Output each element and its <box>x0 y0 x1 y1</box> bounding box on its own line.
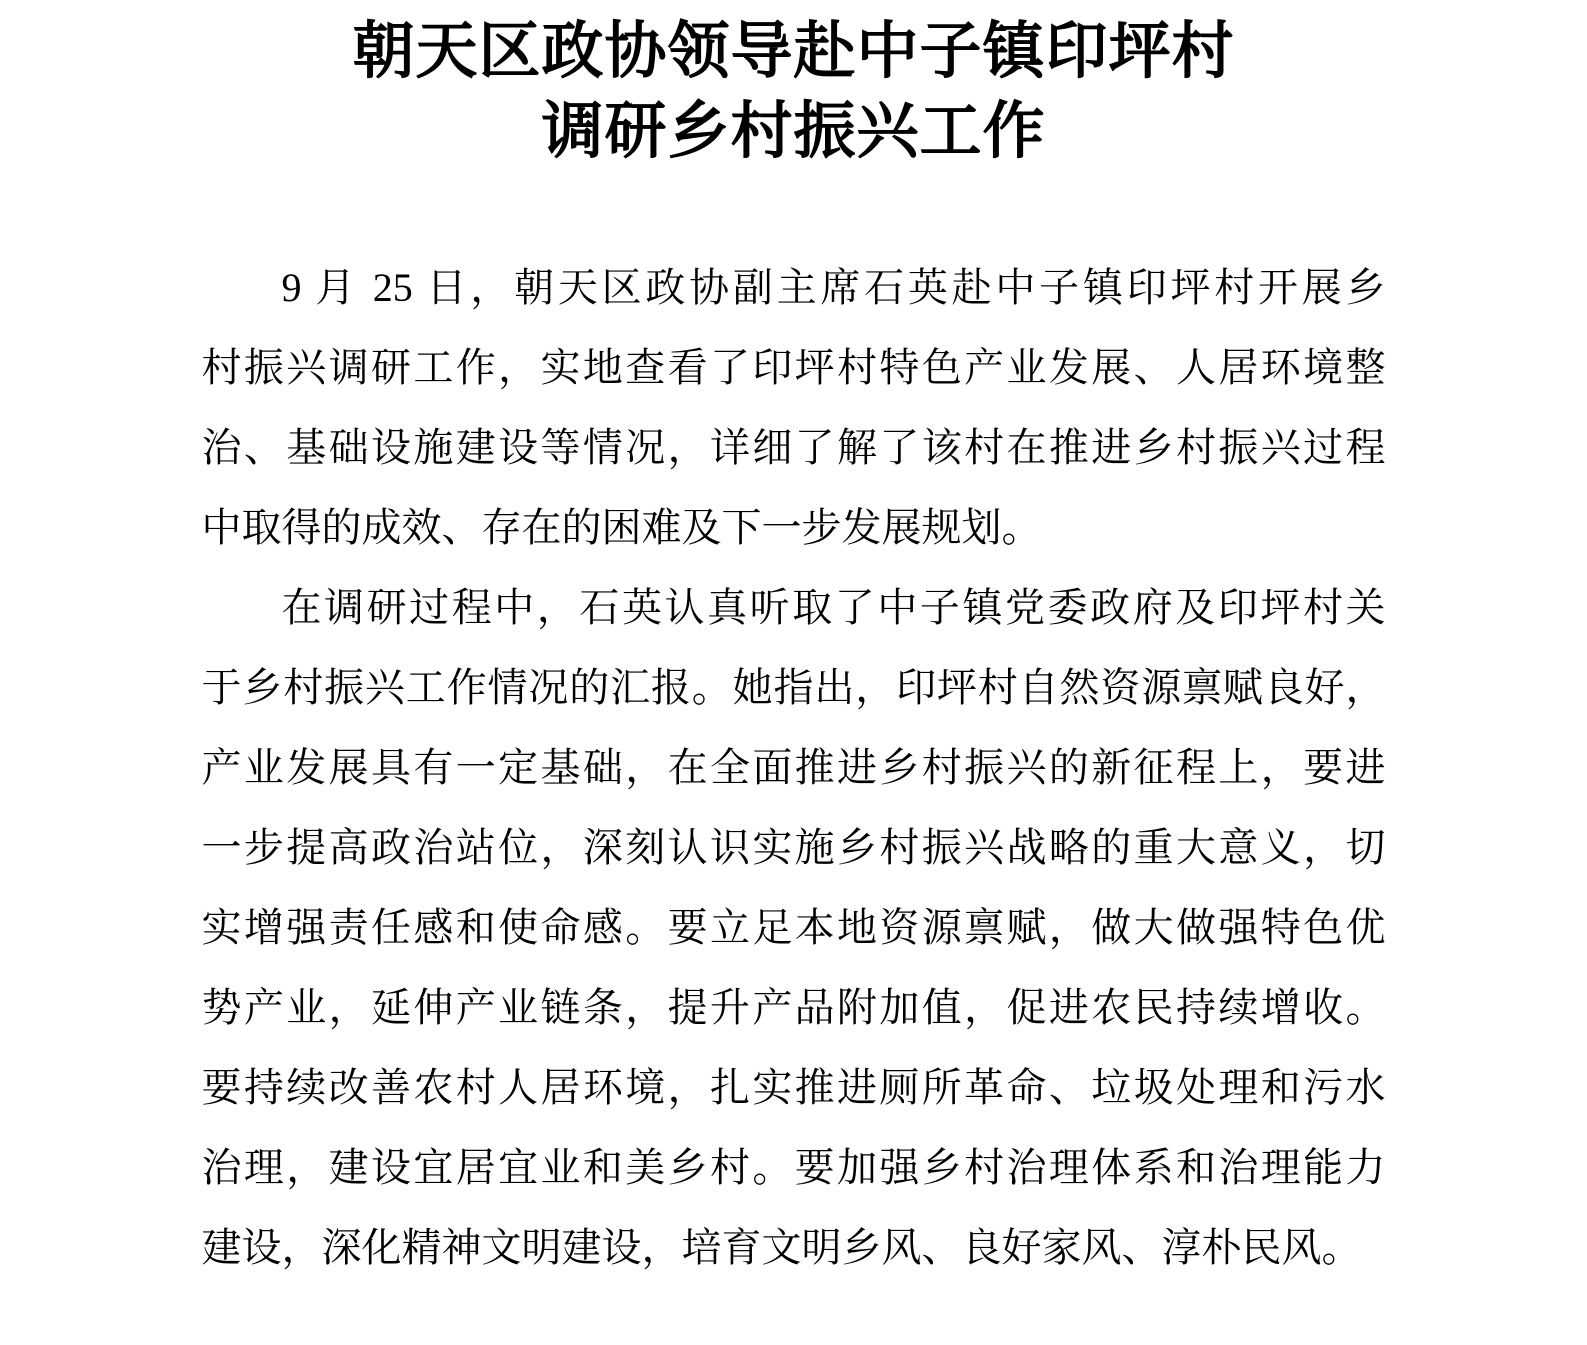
paragraph-2-line-3: 产业发展具有一定基础，在全面推进乡村振兴的新征程上，要进 <box>202 728 1386 808</box>
title-line-1: 朝天区政协领导赴中子镇印坪村 <box>202 12 1386 92</box>
paragraph-2-line-1: 在调研过程中，石英认真听取了中子镇党委政府及印坪村关 <box>202 568 1386 648</box>
document-page: 朝天区政协领导赴中子镇印坪村 调研乡村振兴工作 9 月 25 日，朝天区政协副主… <box>0 0 1587 1345</box>
paragraph-1-line-1: 9 月 25 日，朝天区政协副主席石英赴中子镇印坪村开展乡 <box>202 248 1386 328</box>
paragraph-2-line-6: 势产业，延伸产业链条，提升产品附加值，促进农民持续增收。 <box>202 968 1386 1048</box>
document-body: 9 月 25 日，朝天区政协副主席石英赴中子镇印坪村开展乡 村振兴调研工作，实地… <box>202 248 1386 1288</box>
paragraph-2-line-5: 实增强责任感和使命感。要立足本地资源禀赋，做大做强特色优 <box>202 888 1386 968</box>
title-line-2: 调研乡村振兴工作 <box>202 92 1386 172</box>
paragraph-2-line-2: 于乡村振兴工作情况的汇报。她指出，印坪村自然资源禀赋良好， <box>202 648 1386 728</box>
paragraph-1-line-4: 中取得的成效、存在的困难及下一步发展规划。 <box>202 488 1386 568</box>
paragraph-2-line-8: 治理，建设宜居宜业和美乡村。要加强乡村治理体系和治理能力 <box>202 1128 1386 1208</box>
paragraph-1-line-3: 治、基础设施建设等情况，详细了解了该村在推进乡村振兴过程 <box>202 408 1386 488</box>
document-title: 朝天区政协领导赴中子镇印坪村 调研乡村振兴工作 <box>202 12 1386 172</box>
paragraph-1-line-2: 村振兴调研工作，实地查看了印坪村特色产业发展、人居环境整 <box>202 328 1386 408</box>
paragraph-2-line-9: 建设，深化精神文明建设，培育文明乡风、良好家风、淳朴民风。 <box>202 1208 1386 1288</box>
paragraph-2-line-7: 要持续改善农村人居环境，扎实推进厕所革命、垃圾处理和污水 <box>202 1048 1386 1128</box>
paragraph-2-line-4: 一步提高政治站位，深刻认识实施乡村振兴战略的重大意义，切 <box>202 808 1386 888</box>
